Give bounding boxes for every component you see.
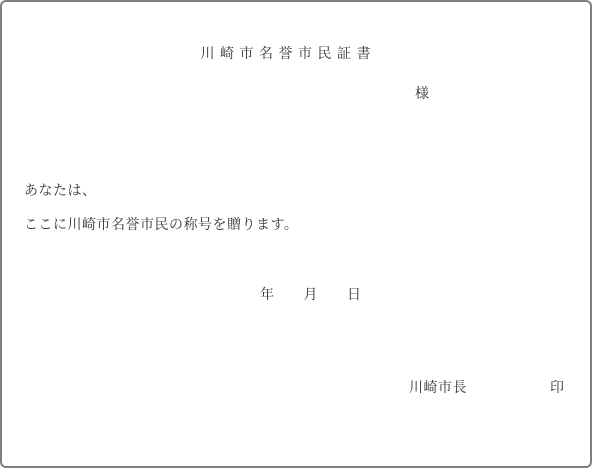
seal-placeholder: 印 — [550, 382, 565, 396]
certificate-title: 川 崎 市 名 誉 市 民 証 書 — [2, 48, 570, 62]
date-line-year-month-day: 年 月 日 — [260, 289, 362, 303]
honorary-citizen-certificate: 川 崎 市 名 誉 市 民 証 書 様 あなたは、 ここに川崎市名誉市民の称号を… — [0, 0, 592, 468]
signer-kawasaki-mayor: 川崎市長 — [409, 382, 467, 396]
recipient-honorific-sama: 様 — [415, 88, 430, 102]
body-line-award-statement: ここに川崎市名誉市民の称号を贈ります。 — [24, 219, 298, 233]
body-line-anata-wa: あなたは、 — [24, 185, 97, 199]
